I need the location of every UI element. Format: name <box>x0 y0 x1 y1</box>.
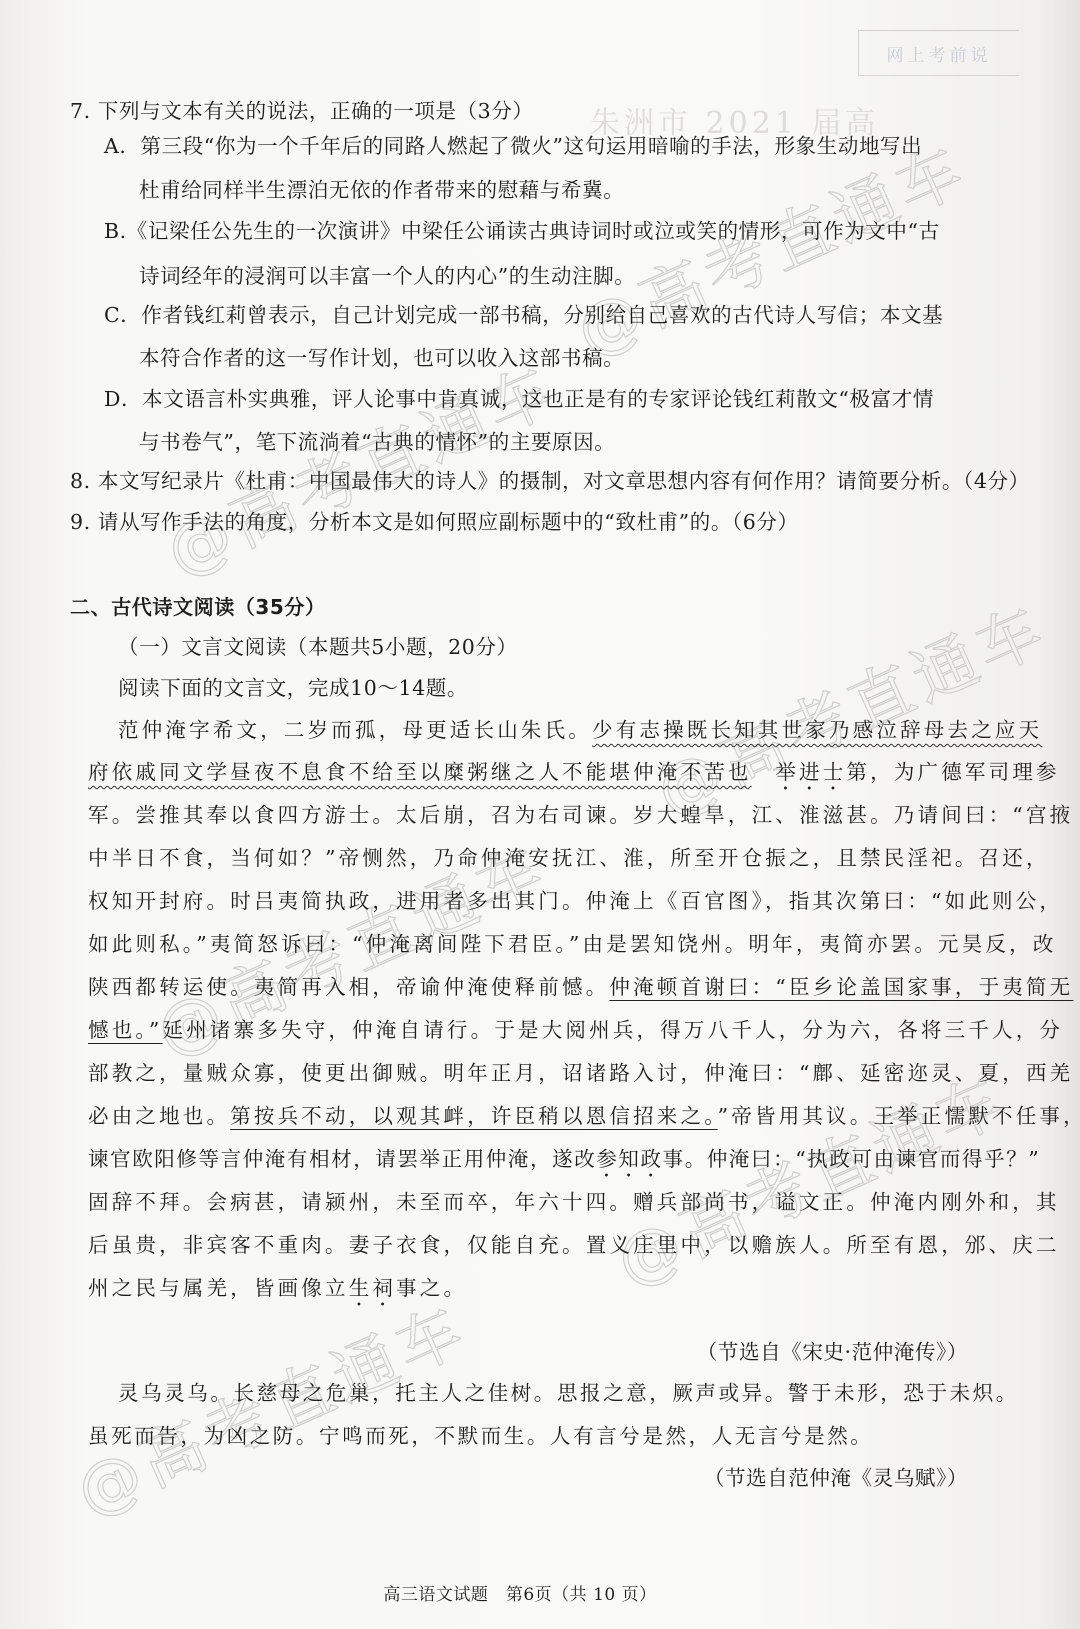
option-a-line-2: 杜甫给同样半生漂泊无依的作者带来的慰藉与希冀。 <box>139 175 624 205</box>
passage-text: 州之民与属羌，皆画像立 <box>88 1276 349 1300</box>
passage-gap <box>752 760 776 784</box>
section-2-title: 二、古代诗文阅读（35分） <box>70 592 326 622</box>
underlined-sentence: 仲淹顿首谢曰：“臣乡论盖国家事，于夷简无 <box>609 975 1073 999</box>
underlined-sentence: 第按兵不动，以观其衅，许臣稍以恩信招来之。 <box>230 1104 717 1128</box>
option-a-line-1: A．第三段“你为一个千年后的同路人燃起了微火”这句运用暗喻的手法，形象生动地写出 <box>104 131 922 161</box>
passage-1-line-12: 固辞不拜。会病甚，请颍州，未至而卒，年六十四。赠兵部尚书，谥文正。仲淹内刚外和，… <box>88 1187 1060 1217</box>
passage-1-line-1: 范仲淹字希文，二岁而孤，母更适长山朱氏。少有志操既长知其世家乃感泣辞母去之应天 <box>118 715 1042 745</box>
passage-1-line-6: 如此则私。”夷简怒诉曰：“仲淹离间陛下君臣。”由是罢知饶州。明年，夷简亦罢。元昊… <box>88 929 1057 959</box>
question-7-stem: 7. 下列与文本有关的说法，正确的一项是（3分） <box>70 96 534 126</box>
dot-emphasized-term: 参知政 <box>596 1147 662 1171</box>
watermark: @高考直通车 <box>639 579 1060 834</box>
passage-1-line-4: 中半日不食，当何如？”帝恻然，乃命仲淹安抚江、淮，所至开仓振之，且禁民淫祀。召还… <box>88 843 1050 873</box>
passage-1-line-10: 必由之地也。第按兵不动，以观其衅，许臣稍以恩信招来之。”帝皆用其议。王举正懦默不… <box>88 1101 1080 1131</box>
passage-text: 必由之地也。 <box>88 1104 230 1128</box>
passage-1-line-9: 部教之，量贼众寡，使更出御贼。明年正月，诏诸路入讨，仲淹曰：“鄜、延密迩灵、夏，… <box>88 1058 1073 1088</box>
option-d-line-1: D．本文语言朴实典雅，评人论事中肯真诚，这也正是有的专家评论钱红莉散文“极富才情 <box>104 384 934 414</box>
option-c-line-1: C．作者钱红莉曾表示，自己计划完成一部书稿，分别给自己喜欢的古代诗人写信；本文基 <box>104 300 943 330</box>
passage-1-line-11: 谏官欧阳修等言仲淹有相材，请罢举正用仲淹，遂改参知政事。仲淹曰：“执政可由谏官而… <box>88 1144 1040 1182</box>
exam-page: 网上考前说 朱洲市 2021 届高 @高考直通车 @高考直通车 @高考直通车 @… <box>0 0 1080 1629</box>
subsection-title: （一）文言文阅读（本题共5小题，20分） <box>118 632 518 662</box>
passage-text: ”帝皆用其议。王举正懦默不任事， <box>718 1104 1080 1128</box>
passage-text: 范仲淹字希文，二岁而孤，母更适长山朱氏。 <box>118 718 592 742</box>
question-8: 8. 本文写纪录片《杜甫：中国最伟大的诗人》的摄制，对文章思想内容有何作用？请简… <box>70 466 1030 496</box>
passage-1-line-14: 州之民与属羌，皆画像立生祠事之。 <box>88 1273 467 1311</box>
passage-1-line-3: 军。尝推其奉以食四方游士。太后崩，召为右司谏。岁大蝗旱，江、淮滋甚。乃请间曰：“… <box>88 800 1073 830</box>
passage-2-line-2: 虽死而告，为凶之防。宁鸣而死，不默而生。人有言兮是然，人无言兮是然。 <box>88 1421 873 1451</box>
option-c-line-2: 本符合作者的这一写作计划，也可以收入这部书稿。 <box>139 343 624 373</box>
passage-2-source: （节选自范仲淹《灵乌赋》） <box>704 1463 968 1493</box>
passage-1-line-7: 陕西都转运使。夷简再入相，帝谕仲淹使释前憾。仲淹顿首谢曰：“臣乡论盖国家事，于夷… <box>88 972 1073 1002</box>
passage-1-line-2: 府依戚同文学昼夜不息食不给至以糜粥继之人不能堪仲淹不苦也 举进士第，为广德军司理… <box>88 757 1060 795</box>
reading-instruction: 阅读下面的文言文，完成10～14题。 <box>118 673 468 703</box>
underlined-sentence: 憾也。” <box>88 1018 163 1042</box>
passage-1-line-5: 权知开封府。时吕夷简执政，进用者多出其门。仲淹上《百官图》，指其次第曰：“如此则… <box>88 886 1063 916</box>
passage-text: 陕西都转运使。夷简再入相，帝谕仲淹使释前憾。 <box>88 975 609 999</box>
passage-text: 事。仲淹曰：“执政可由谏官而得乎？” <box>663 1147 1041 1171</box>
passage-1-line-13: 后虽贵，非宾客不重肉。妻子衣食，仅能自充。置义庄里中，以赡族人。所至有恩，邠、庆… <box>88 1230 1060 1260</box>
option-d-line-2: 与书卷气”，笔下流淌着“古典的情怀”的主要原因。 <box>139 427 615 457</box>
wavy-underlined-sentence: 少有志操既长知其世家乃感泣辞母去之应天 <box>592 718 1042 742</box>
passage-1-source: （节选自《宋史·范仲淹传》） <box>697 1337 968 1367</box>
dot-emphasized-term: 举进士 <box>775 760 846 784</box>
passage-text: 第，为广德军司理参 <box>846 760 1059 784</box>
passage-text: 事之。 <box>396 1276 467 1300</box>
dot-emphasized-term: 生祠 <box>349 1276 396 1300</box>
option-b-line-1: B.《记梁任公先生的一次演讲》中梁任公诵读古典诗词时或泣或笑的情形，可作为文中“… <box>104 216 940 246</box>
passage-text: 延州诸寨多失守，仲淹自请行。于是大阅州兵，得万八千人，分为六，各将三千人，分 <box>163 1018 1064 1042</box>
passage-1-line-8: 憾也。”延州诸寨多失守，仲淹自请行。于是大阅州兵，得万八千人，分为六，各将三千人… <box>88 1015 1063 1045</box>
page-footer: 高三语文试题 第6页（共 10 页） <box>0 1580 1040 1610</box>
corner-stamp: 网上考前说 <box>858 30 1019 76</box>
passage-2-line-1: 灵乌灵乌。长慈母之危巢，托主人之佳树。思报之意，厥声或异。警于未形，恐于未炽。 <box>118 1378 1019 1408</box>
option-b-line-2: 诗词经年的浸润可以丰富一个人的内心”的生动注脚。 <box>139 261 635 291</box>
wavy-underlined-sentence: 府依戚同文学昼夜不息食不给至以糜粥继之人不能堪仲淹不苦也 <box>88 760 752 784</box>
question-9: 9. 请从写作手法的角度，分析本文是如何照应副标题中的“致杜甫”的。（6分） <box>70 507 799 537</box>
passage-text: 谏官欧阳修等言仲淹有相材，请罢举正用仲淹，遂改 <box>88 1147 596 1171</box>
